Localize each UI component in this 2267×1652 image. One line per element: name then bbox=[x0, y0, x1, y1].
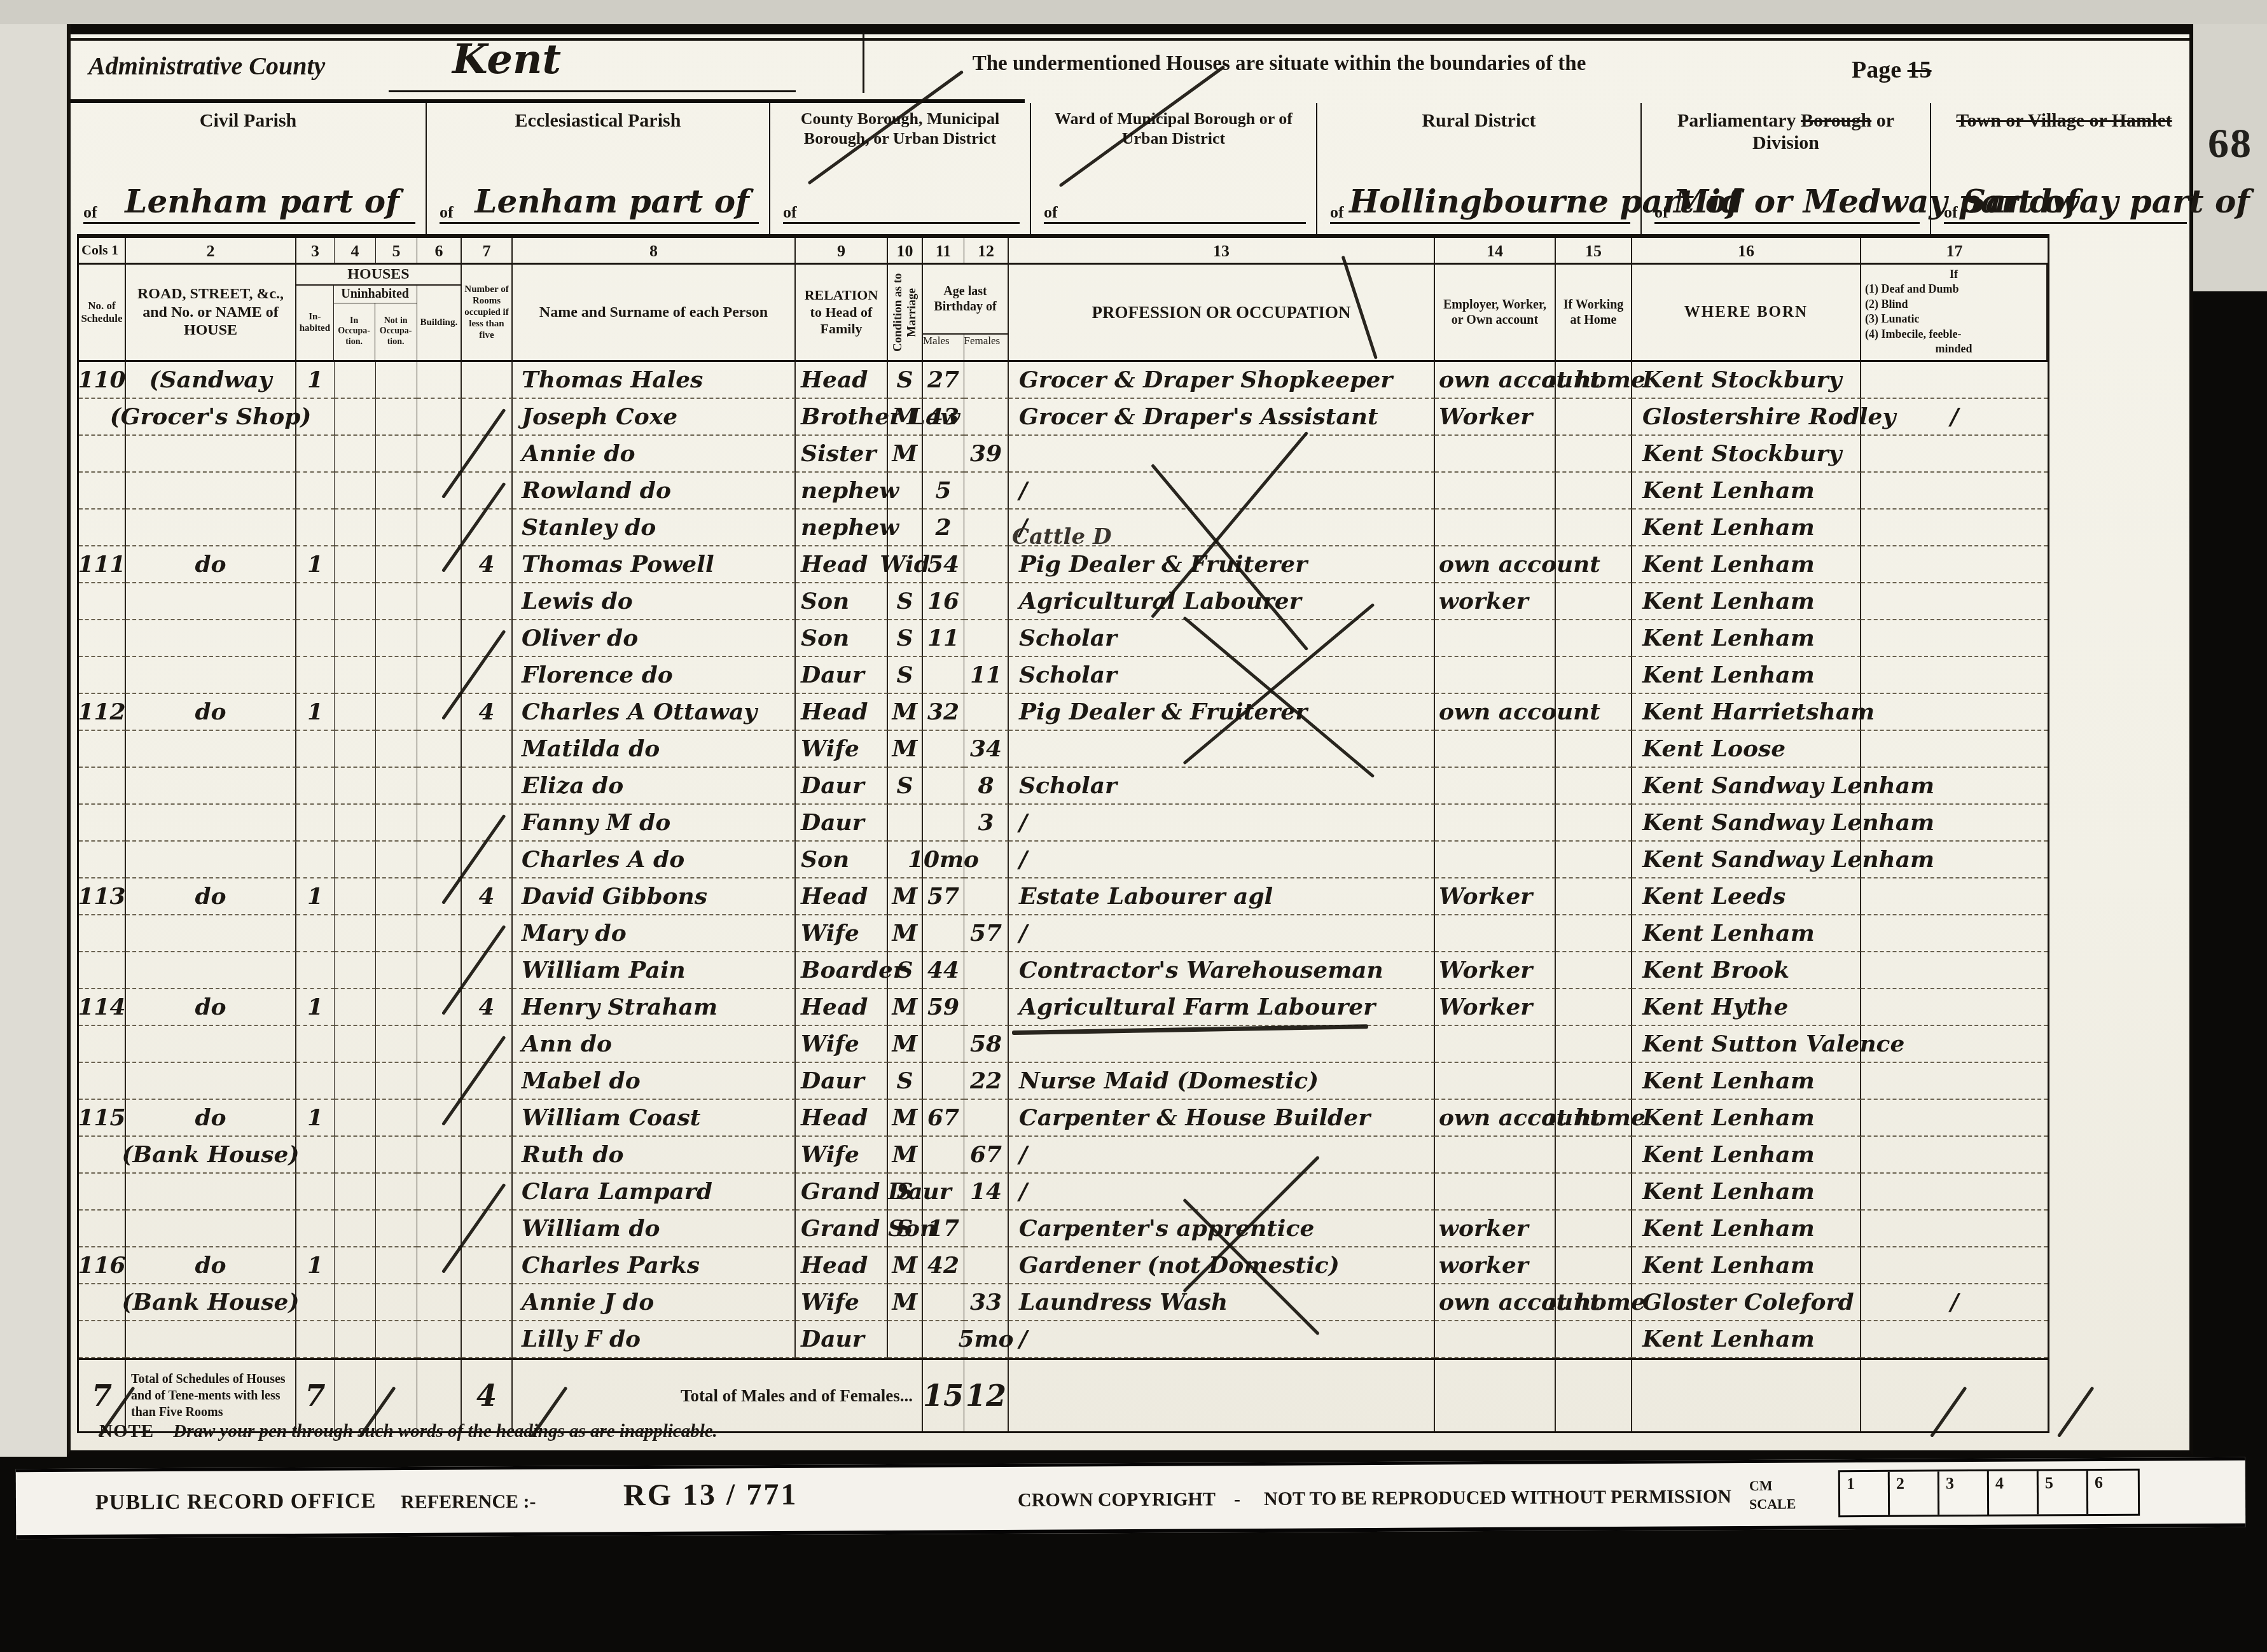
cell-age-female: 14 bbox=[964, 1174, 1009, 1211]
total-infirmity-blank bbox=[1861, 1360, 2048, 1431]
of-word: of bbox=[440, 203, 454, 222]
table-body: 110 (Sandway 1 Thomas Hales Head S 27 Gr… bbox=[79, 362, 2048, 1358]
district-label-struck: Borough bbox=[1801, 110, 1871, 131]
cell-age-female: 3 bbox=[964, 805, 1009, 842]
cell-road bbox=[126, 620, 296, 657]
cell-in-occupation bbox=[335, 510, 376, 546]
cell-at-home bbox=[1556, 694, 1632, 731]
cell-name: David Gibbons bbox=[513, 878, 796, 915]
cell-in-occupation bbox=[335, 1026, 376, 1063]
header-males: Males bbox=[923, 335, 964, 360]
cell-age-female bbox=[964, 510, 1009, 546]
page-number-line: Page 15 bbox=[1852, 56, 1932, 84]
cell-inhabited bbox=[296, 399, 335, 436]
district-label-struck: Town or Village or Hamlet bbox=[1956, 110, 2172, 131]
cell-in-occupation bbox=[335, 546, 376, 583]
cell-schedule bbox=[79, 1284, 126, 1321]
cell-relation: Son bbox=[796, 583, 888, 620]
table-row: 111 do 1 4 Thomas Powell Head Wid 54 Pig… bbox=[79, 546, 2048, 583]
cell-in-occupation bbox=[335, 620, 376, 657]
cell-employment-status: own account bbox=[1435, 1100, 1556, 1137]
cell-name: Henry Straham bbox=[513, 989, 796, 1026]
undermentioned-houses-text: The undermentioned Houses are situate wi… bbox=[878, 52, 1680, 76]
cell-relation: Grand Son bbox=[796, 1211, 888, 1247]
reproduction-notice: NOT TO BE REPRODUCED WITHOUT PERMISSION bbox=[1264, 1486, 1731, 1510]
cell-building bbox=[417, 399, 462, 436]
district-header-cell: Ward of Municipal Borough or of Urban Di… bbox=[1031, 103, 1317, 234]
cell-where-born: Kent Lenham bbox=[1632, 583, 1861, 620]
cell-inhabited bbox=[296, 1174, 335, 1211]
cell-employment-status: own account bbox=[1435, 694, 1556, 731]
cell-occupation: / bbox=[1009, 1174, 1435, 1211]
cell-condition: M bbox=[888, 1100, 923, 1137]
cell-age-female: 57 bbox=[964, 915, 1009, 952]
cell-age-male bbox=[923, 805, 964, 842]
cell-occupation bbox=[1009, 436, 1435, 473]
cell-road: do bbox=[126, 989, 296, 1026]
cell-road bbox=[126, 657, 296, 694]
cell-employment-status: Worker bbox=[1435, 952, 1556, 989]
cell-infirmity bbox=[1861, 436, 2048, 473]
cell-age-male: 10mo bbox=[923, 842, 964, 878]
cell-at-home bbox=[1556, 1174, 1632, 1211]
cell-age-male: 59 bbox=[923, 989, 964, 1026]
cell-condition: M bbox=[888, 1026, 923, 1063]
cell-rooms bbox=[462, 1284, 513, 1321]
cell-age-female: 58 bbox=[964, 1026, 1009, 1063]
cell-where-born: Kent Lenham bbox=[1632, 546, 1861, 583]
cell-name: Mary do bbox=[513, 915, 796, 952]
header-age: Age last Birthday of bbox=[923, 265, 1008, 333]
header-houses: HOUSES bbox=[296, 265, 461, 286]
table-row: William Pain Boarder S 44 Contractor's W… bbox=[79, 952, 2048, 989]
cell-building bbox=[417, 915, 462, 952]
cell-inhabited bbox=[296, 1321, 335, 1358]
cell-age-female bbox=[964, 694, 1009, 731]
cell-age-female: 33 bbox=[964, 1284, 1009, 1321]
cell-age-male: 5 bbox=[923, 473, 964, 510]
cell-at-home bbox=[1556, 915, 1632, 952]
cell-relation: Wife bbox=[796, 1284, 888, 1321]
cell-rooms bbox=[462, 583, 513, 620]
cell-where-born: Kent Sutton Valence bbox=[1632, 1026, 1861, 1063]
cell-infirmity bbox=[1861, 620, 2048, 657]
footer-dash: - bbox=[1234, 1489, 1240, 1510]
cell-road: (Sandway bbox=[126, 362, 296, 399]
cell-occupation: Scholar bbox=[1009, 657, 1435, 694]
cell-age-female: 22 bbox=[964, 1063, 1009, 1100]
cell-occupation bbox=[1009, 731, 1435, 768]
cell-not-in-occupation bbox=[376, 1321, 417, 1358]
header-uninhabited-group: Uninhabited In Occupa-tion. Not in Occup… bbox=[334, 286, 417, 360]
cell-infirmity bbox=[1861, 878, 2048, 915]
cell-inhabited bbox=[296, 657, 335, 694]
cell-road: (Grocer's Shop) bbox=[126, 399, 296, 436]
cell-name: Matilda do bbox=[513, 731, 796, 768]
cell-employment-status bbox=[1435, 915, 1556, 952]
cell-rooms bbox=[462, 510, 513, 546]
ruler-cell: 5 bbox=[2039, 1471, 2088, 1514]
cell-schedule: 116 bbox=[79, 1247, 126, 1284]
cell-name: Annie J do bbox=[513, 1284, 796, 1321]
cell-occupation: Pig Dealer & Fruiterer bbox=[1009, 546, 1435, 583]
cell-employment-status: worker bbox=[1435, 1247, 1556, 1284]
cell-where-born: Kent Sandway Lenham bbox=[1632, 842, 1861, 878]
cell-age-male bbox=[923, 1026, 964, 1063]
total-born-blank bbox=[1632, 1360, 1861, 1431]
scan-left-margin bbox=[0, 24, 67, 1457]
cell-where-born: Kent Lenham bbox=[1632, 657, 1861, 694]
cell-schedule: 110 bbox=[79, 362, 126, 399]
cell-occupation: / bbox=[1009, 915, 1435, 952]
table-row: 112 do 1 4 Charles A Ottaway Head M 32 P… bbox=[79, 694, 2048, 731]
cell-condition: S bbox=[888, 768, 923, 805]
cell-not-in-occupation bbox=[376, 1211, 417, 1247]
column-number: 6 bbox=[417, 238, 462, 265]
reference-label: REFERENCE :- bbox=[401, 1491, 536, 1513]
cell-employment-status: Worker bbox=[1435, 399, 1556, 436]
cell-road bbox=[126, 510, 296, 546]
cell-building bbox=[417, 510, 462, 546]
cell-occupation: / bbox=[1009, 805, 1435, 842]
cell-relation: Grand Daur bbox=[796, 1174, 888, 1211]
cell-inhabited bbox=[296, 768, 335, 805]
cell-where-born: Kent Stockbury bbox=[1632, 362, 1861, 399]
cell-schedule bbox=[79, 952, 126, 989]
cell-schedule bbox=[79, 583, 126, 620]
cell-inhabited bbox=[296, 915, 335, 952]
cell-name: Stanley do bbox=[513, 510, 796, 546]
cell-condition: S bbox=[888, 657, 923, 694]
cell-schedule bbox=[79, 1321, 126, 1358]
district-header-cell: Ecclesiastical Parish of Lenham part of bbox=[427, 103, 770, 234]
cell-building bbox=[417, 842, 462, 878]
cell-where-born: Kent Lenham bbox=[1632, 915, 1861, 952]
cell-infirmity bbox=[1861, 842, 2048, 878]
cell-not-in-occupation bbox=[376, 842, 417, 878]
cell-age-male bbox=[923, 1284, 964, 1321]
cell-rooms bbox=[462, 768, 513, 805]
header-condition: Condition as to Marriage bbox=[888, 265, 923, 360]
cell-not-in-occupation bbox=[376, 399, 417, 436]
cell-age-male bbox=[923, 436, 964, 473]
cell-at-home bbox=[1556, 1247, 1632, 1284]
cell-inhabited bbox=[296, 1026, 335, 1063]
cell-at-home bbox=[1556, 1063, 1632, 1100]
header-schedule: No. of Schedule bbox=[79, 265, 126, 360]
column-number: 11 bbox=[923, 238, 964, 265]
cell-not-in-occupation bbox=[376, 1174, 417, 1211]
cell-age-male: 57 bbox=[923, 878, 964, 915]
table-row: William do Grand Son S 17 Carpenter's ap… bbox=[79, 1211, 2048, 1247]
cell-inhabited bbox=[296, 510, 335, 546]
cell-rooms bbox=[462, 842, 513, 878]
cell-in-occupation bbox=[335, 657, 376, 694]
cell-relation: Head bbox=[796, 878, 888, 915]
cell-rooms bbox=[462, 1247, 513, 1284]
header-infirmity: If (1) Deaf and Dumb (2) Blind (3) Lunat… bbox=[1861, 265, 2048, 360]
cell-inhabited bbox=[296, 436, 335, 473]
cell-schedule: 115 bbox=[79, 1100, 126, 1137]
column-number: 8 bbox=[513, 238, 796, 265]
cell-condition: M bbox=[888, 1284, 923, 1321]
cell-at-home bbox=[1556, 1321, 1632, 1358]
cell-name: Eliza do bbox=[513, 768, 796, 805]
cell-employment-status bbox=[1435, 1321, 1556, 1358]
district-label-pre: Civil Parish bbox=[200, 110, 297, 131]
cell-name: Charles Parks bbox=[513, 1247, 796, 1284]
cell-condition: M bbox=[888, 915, 923, 952]
cell-road bbox=[126, 952, 296, 989]
cell-employment-status bbox=[1435, 731, 1556, 768]
table-row: Matilda do Wife M 34 Kent Loose bbox=[79, 731, 2048, 768]
cell-name: Charles A do bbox=[513, 842, 796, 878]
cell-where-born: Glostershire Rodley bbox=[1632, 399, 1861, 436]
cell-where-born: Kent Lenham bbox=[1632, 1321, 1861, 1358]
column-number: Cols 1 bbox=[79, 238, 126, 265]
cell-employment-status: own account bbox=[1435, 1284, 1556, 1321]
table-row: Charles A do Son 10mo / Kent Sandway Len… bbox=[79, 842, 2048, 878]
cell-not-in-occupation bbox=[376, 546, 417, 583]
district-header-cell: County Borough, Municipal Borough, or Ur… bbox=[770, 103, 1031, 234]
cell-road: do bbox=[126, 546, 296, 583]
cell-condition: S bbox=[888, 362, 923, 399]
cell-rooms: 4 bbox=[462, 694, 513, 731]
cell-not-in-occupation bbox=[376, 1100, 417, 1137]
cell-road bbox=[126, 436, 296, 473]
cell-age-male bbox=[923, 731, 964, 768]
cell-infirmity bbox=[1861, 805, 2048, 842]
cell-where-born: Kent Hythe bbox=[1632, 989, 1861, 1026]
cell-condition: S bbox=[888, 1211, 923, 1247]
cell-occupation: / bbox=[1009, 842, 1435, 878]
district-value: Hollingbourne part of bbox=[1349, 183, 1637, 220]
of-word: of bbox=[1330, 203, 1344, 222]
cell-occupation: Grocer & Draper Shopkeeper bbox=[1009, 362, 1435, 399]
cell-where-born: Kent Lenham bbox=[1632, 1211, 1861, 1247]
cell-road bbox=[126, 768, 296, 805]
cell-rooms bbox=[462, 1137, 513, 1174]
cell-employment-status bbox=[1435, 1174, 1556, 1211]
district-value: Lenham part of bbox=[459, 183, 765, 220]
cell-age-female: 8 bbox=[964, 768, 1009, 805]
cell-schedule: 113 bbox=[79, 878, 126, 915]
cattle-annotation: Cattle D bbox=[1012, 524, 1111, 550]
cell-age-male: 42 bbox=[923, 1247, 964, 1284]
cell-employment-status bbox=[1435, 1063, 1556, 1100]
infirmity-line: (4) Imbecile, feeble- bbox=[1865, 327, 2042, 342]
reference-value: RG 13 / 771 bbox=[623, 1477, 798, 1513]
cell-name: Charles A Ottaway bbox=[513, 694, 796, 731]
cell-road bbox=[126, 1174, 296, 1211]
cell-where-born: Kent Lenham bbox=[1632, 510, 1861, 546]
cell-infirmity bbox=[1861, 1137, 2048, 1174]
cell-road: (Bank House) bbox=[126, 1137, 296, 1174]
table-row: Clara Lampard Grand Daur S 14 / Kent Len… bbox=[79, 1174, 2048, 1211]
cell-age-female bbox=[964, 1247, 1009, 1284]
district-value: Mid or Medway part of bbox=[1674, 183, 1926, 220]
cell-occupation: Agricultural Farm Labourer bbox=[1009, 989, 1435, 1026]
cell-infirmity bbox=[1861, 1026, 2048, 1063]
cell-name: Oliver do bbox=[513, 620, 796, 657]
cell-schedule bbox=[79, 842, 126, 878]
table-row: Fanny M do Daur 3 / Kent Sandway Lenham bbox=[79, 805, 2048, 842]
cm-scale-label: CM SCALE bbox=[1749, 1477, 1796, 1514]
cell-not-in-occupation bbox=[376, 620, 417, 657]
total-at-home-blank bbox=[1556, 1360, 1632, 1431]
paper-top-rule bbox=[71, 24, 2189, 34]
cell-building bbox=[417, 731, 462, 768]
table-row: 113 do 1 4 David Gibbons Head M 57 Estat… bbox=[79, 878, 2048, 915]
cell-at-home: at home bbox=[1556, 1284, 1632, 1321]
cell-in-occupation bbox=[335, 1174, 376, 1211]
cell-age-male: 27 bbox=[923, 362, 964, 399]
cell-inhabited bbox=[296, 805, 335, 842]
cell-in-occupation bbox=[335, 1284, 376, 1321]
column-number: 2 bbox=[126, 238, 296, 265]
cell-building bbox=[417, 362, 462, 399]
cell-not-in-occupation bbox=[376, 1063, 417, 1100]
cell-rooms bbox=[462, 952, 513, 989]
cell-age-female bbox=[964, 1211, 1009, 1247]
cell-at-home bbox=[1556, 1026, 1632, 1063]
cell-inhabited bbox=[296, 473, 335, 510]
cell-inhabited bbox=[296, 1284, 335, 1321]
cell-relation: Boarder bbox=[796, 952, 888, 989]
cell-infirmity bbox=[1861, 1321, 2048, 1358]
cell-relation: Head bbox=[796, 989, 888, 1026]
crown-copyright-label: CROWN COPYRIGHT bbox=[1018, 1489, 1216, 1511]
district-label-pre: Parliamentary bbox=[1677, 110, 1801, 131]
district-value: Sandway part of bbox=[1963, 183, 2193, 220]
cell-not-in-occupation bbox=[376, 473, 417, 510]
district-label: Town or Village or Hamlet bbox=[1931, 108, 2197, 133]
district-label: Civil Parish bbox=[71, 108, 426, 133]
cell-road: (Bank House) bbox=[126, 1284, 296, 1321]
cell-rooms: 4 bbox=[462, 878, 513, 915]
cell-relation: Son bbox=[796, 842, 888, 878]
folio-number-stamp: 68 bbox=[2193, 120, 2267, 168]
cell-building bbox=[417, 1137, 462, 1174]
page-label: Page bbox=[1852, 57, 1901, 83]
form-note: NOTE—Draw your pen through such words of… bbox=[99, 1421, 718, 1442]
cell-age-female bbox=[964, 878, 1009, 915]
infirmity-line: (3) Lunatic bbox=[1865, 312, 2042, 326]
table-row: 115 do 1 William Coast Head M 67 Carpent… bbox=[79, 1100, 2048, 1137]
cell-condition: S bbox=[888, 1063, 923, 1100]
cell-building bbox=[417, 952, 462, 989]
cell-at-home bbox=[1556, 731, 1632, 768]
cell-infirmity bbox=[1861, 362, 2048, 399]
header-females: Females bbox=[964, 335, 1008, 360]
cell-not-in-occupation bbox=[376, 952, 417, 989]
paper-top-rule-2 bbox=[71, 38, 2189, 41]
header-at-home: If Working at Home bbox=[1556, 265, 1632, 360]
table-row: Annie do Sister M 39 Kent Stockbury bbox=[79, 436, 2048, 473]
cell-condition: M bbox=[888, 989, 923, 1026]
cell-occupation: Carpenter & House Builder bbox=[1009, 1100, 1435, 1137]
cell-age-female bbox=[964, 583, 1009, 620]
cell-condition: S bbox=[888, 1174, 923, 1211]
ruler-cell: 1 bbox=[1840, 1472, 1890, 1515]
cell-schedule bbox=[79, 731, 126, 768]
totals-row: 7 Total of Schedules of Houses and of Te… bbox=[79, 1358, 2048, 1431]
cell-not-in-occupation bbox=[376, 362, 417, 399]
cell-building bbox=[417, 768, 462, 805]
cell-infirmity: / bbox=[1861, 1284, 2048, 1321]
page-number: 15 bbox=[1908, 57, 1932, 83]
column-number: 4 bbox=[335, 238, 376, 265]
cell-road bbox=[126, 1063, 296, 1100]
cell-relation: Daur bbox=[796, 1321, 888, 1358]
cell-at-home bbox=[1556, 842, 1632, 878]
cell-road: do bbox=[126, 1247, 296, 1284]
cell-employment-status bbox=[1435, 620, 1556, 657]
cell-employment-status bbox=[1435, 805, 1556, 842]
cell-at-home bbox=[1556, 620, 1632, 657]
cell-at-home bbox=[1556, 1137, 1632, 1174]
cell-in-occupation bbox=[335, 989, 376, 1026]
header-age-group: Age last Birthday of Males Females bbox=[923, 265, 1009, 360]
cell-rooms bbox=[462, 436, 513, 473]
header-rooms: Number of Rooms occupied if less than fi… bbox=[462, 265, 513, 360]
cell-occupation: Pig Dealer & Fruiterer bbox=[1009, 694, 1435, 731]
cell-employment-status bbox=[1435, 473, 1556, 510]
district-header-cell: Rural District of Hollingbourne part of bbox=[1317, 103, 1642, 234]
cell-in-occupation bbox=[335, 362, 376, 399]
administrative-county-underline bbox=[389, 90, 796, 92]
column-number-row: Cols 1 2 3 4 5 6 7 8 9 10 11 12 13 14 15… bbox=[79, 238, 2048, 265]
cell-infirmity bbox=[1861, 694, 2048, 731]
column-number: 17 bbox=[1861, 238, 2048, 265]
cell-inhabited bbox=[296, 1211, 335, 1247]
public-record-office-bar: PUBLIC RECORD OFFICE REFERENCE :- RG 13 … bbox=[16, 1457, 2246, 1539]
cell-relation: Wife bbox=[796, 915, 888, 952]
cell-not-in-occupation bbox=[376, 989, 417, 1026]
cell-in-occupation bbox=[335, 915, 376, 952]
cell-condition: M bbox=[888, 436, 923, 473]
cell-age-male bbox=[923, 1137, 964, 1174]
cell-condition bbox=[888, 473, 923, 510]
cell-in-occupation bbox=[335, 1321, 376, 1358]
cell-in-occupation bbox=[335, 878, 376, 915]
header-name: Name and Surname of each Person bbox=[513, 265, 796, 360]
cell-employment-status: worker bbox=[1435, 583, 1556, 620]
cell-age-male: 67 bbox=[923, 1100, 964, 1137]
cell-inhabited bbox=[296, 842, 335, 878]
column-number: 9 bbox=[796, 238, 888, 265]
cell-not-in-occupation bbox=[376, 1284, 417, 1321]
cell-in-occupation bbox=[335, 694, 376, 731]
cell-inhabited: 1 bbox=[296, 1247, 335, 1284]
cell-age-female bbox=[964, 952, 1009, 989]
cell-infirmity bbox=[1861, 1174, 2048, 1211]
cell-building bbox=[417, 657, 462, 694]
cell-inhabited: 1 bbox=[296, 878, 335, 915]
header-road: ROAD, STREET, &c., and No. or NAME of HO… bbox=[126, 265, 296, 360]
cell-in-occupation bbox=[335, 842, 376, 878]
column-number: 5 bbox=[376, 238, 417, 265]
cell-employment-status bbox=[1435, 1137, 1556, 1174]
header-houses-group: HOUSES In-habited Uninhabited In Occupa-… bbox=[296, 265, 462, 360]
column-number: 15 bbox=[1556, 238, 1632, 265]
cell-building bbox=[417, 1284, 462, 1321]
cell-rooms bbox=[462, 1321, 513, 1358]
cell-not-in-occupation bbox=[376, 583, 417, 620]
cell-inhabited bbox=[296, 620, 335, 657]
cell-road bbox=[126, 731, 296, 768]
cell-where-born: Kent Leeds bbox=[1632, 878, 1861, 915]
